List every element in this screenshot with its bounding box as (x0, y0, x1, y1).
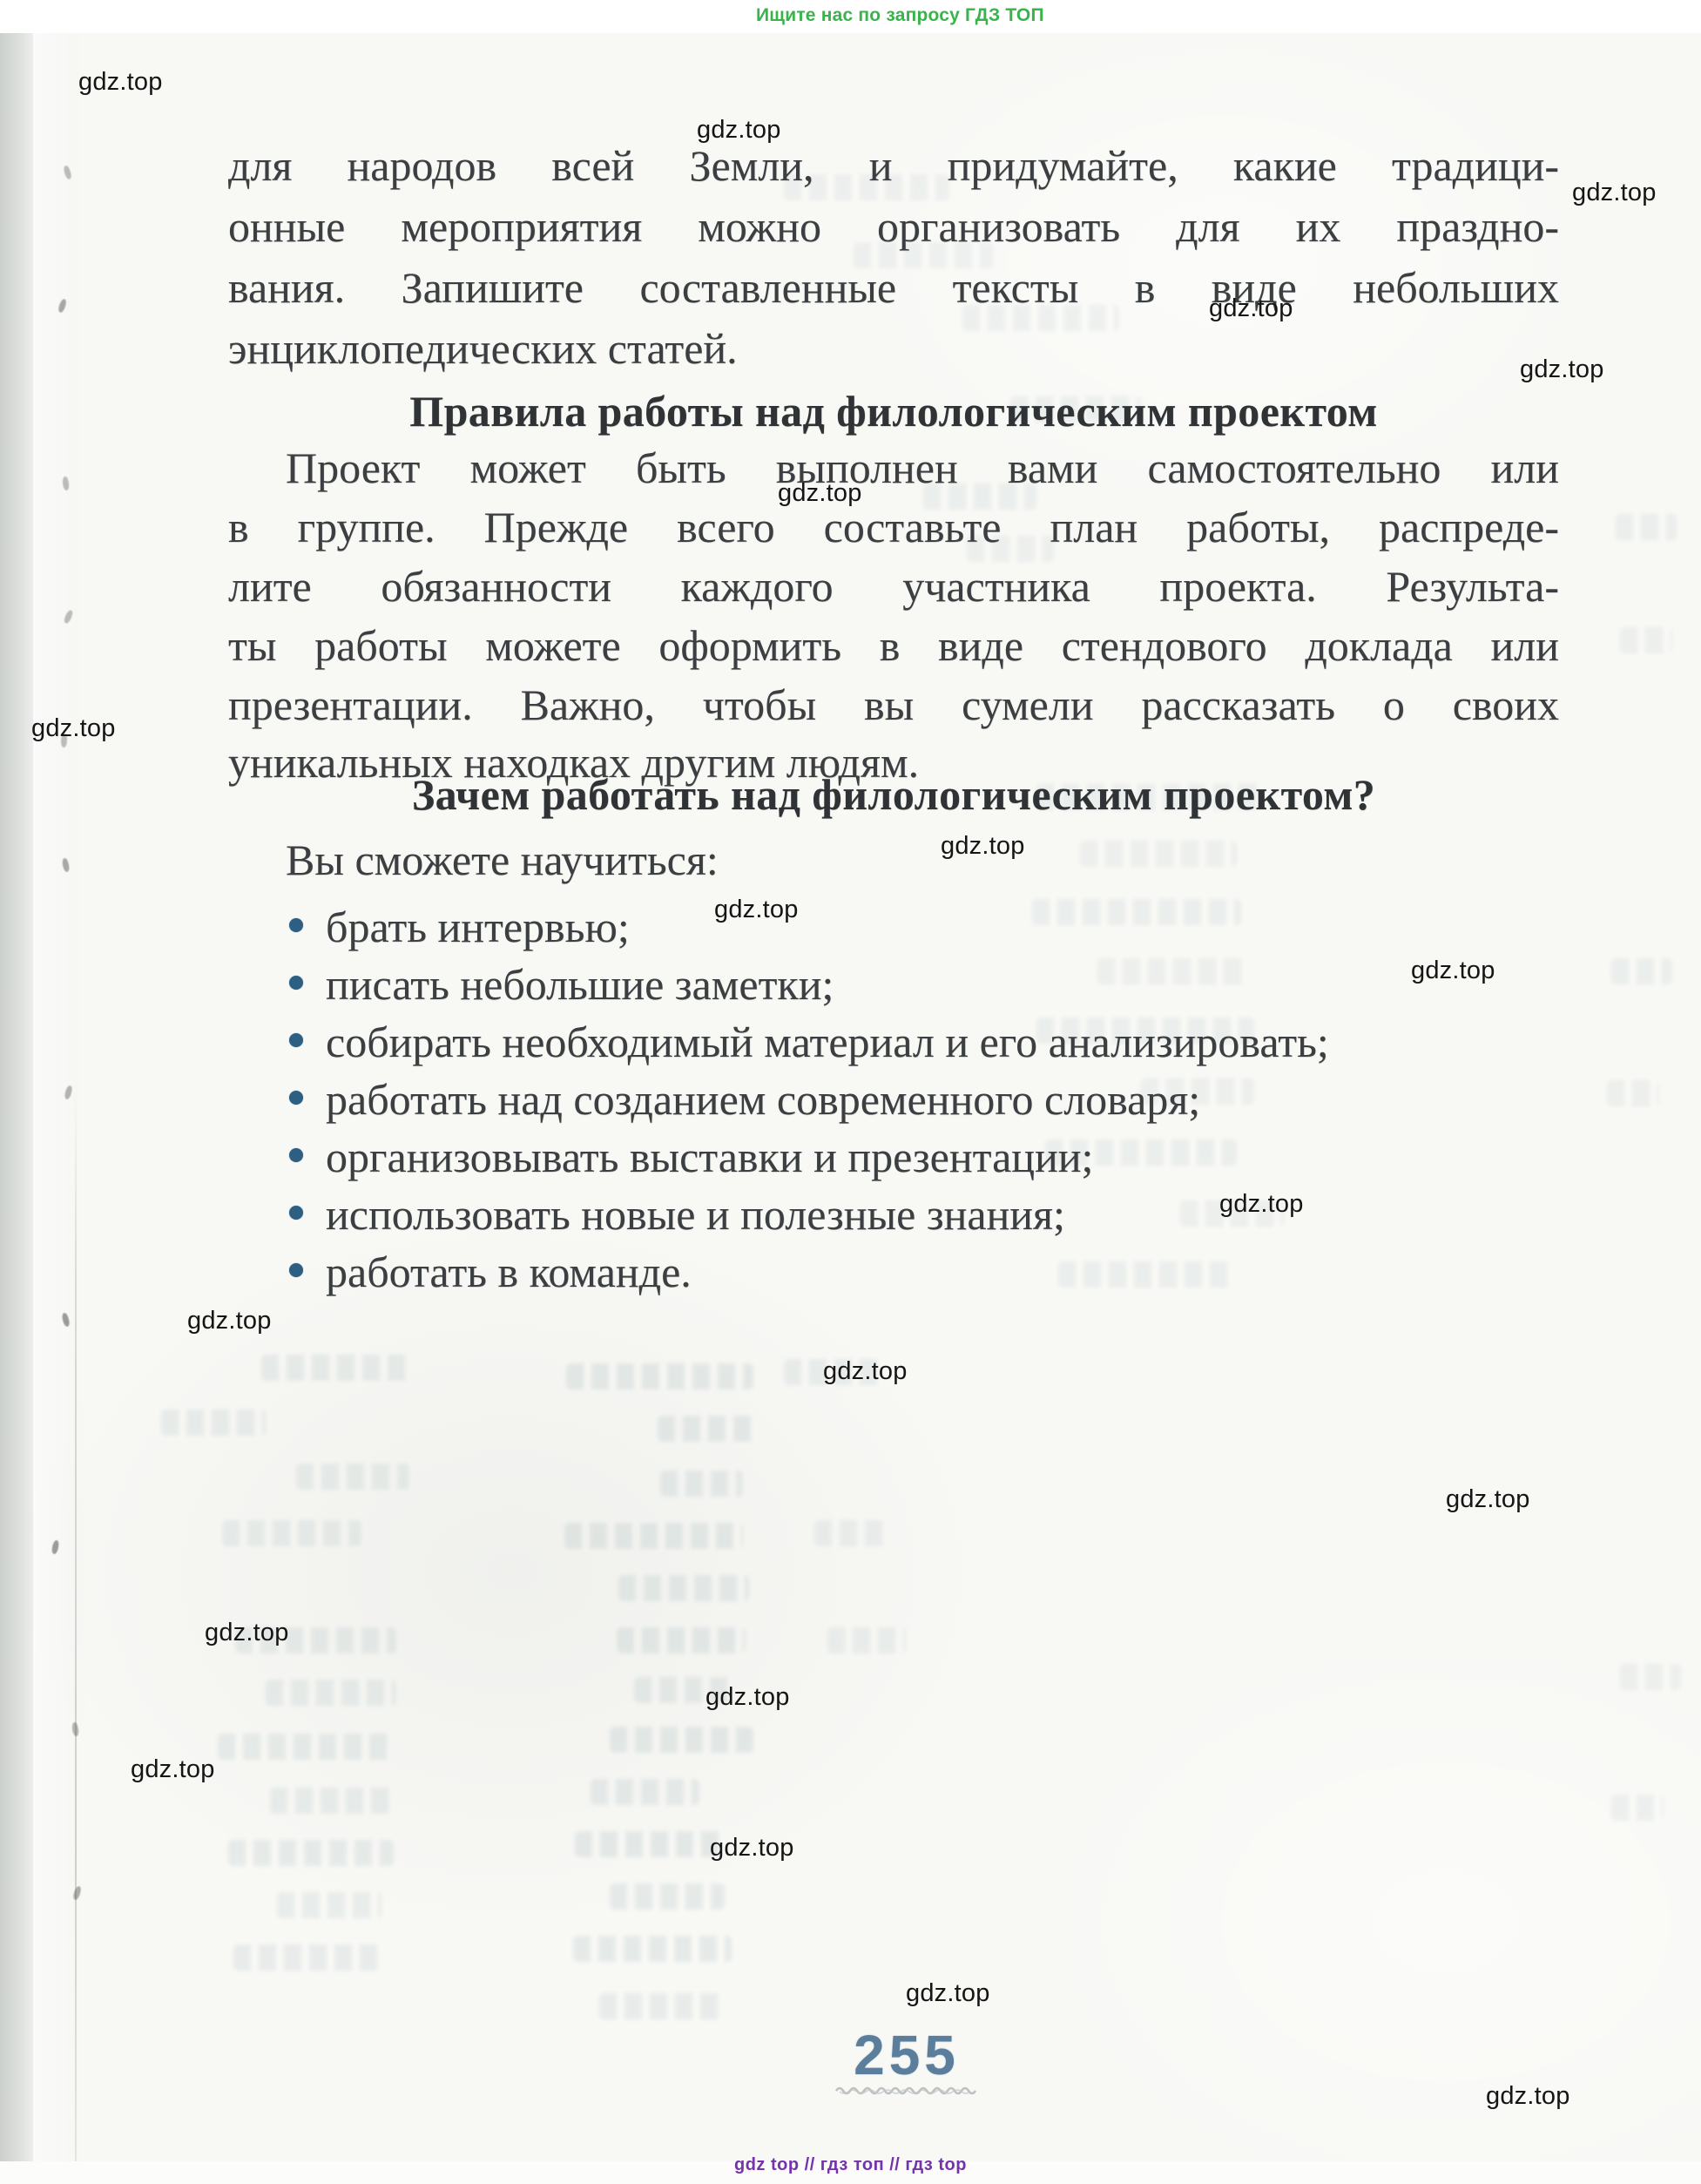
paragraph-line: Проект может быть выполнен вами самостоя… (228, 442, 1559, 496)
paragraph-line: лите обязанности каждого участника проек… (228, 560, 1559, 614)
section-heading-why: Зачем работать над филологическим проект… (228, 768, 1559, 822)
gdz-watermark: gdz.top (823, 1357, 908, 1386)
gdz-watermark: gdz.top (778, 479, 862, 508)
paragraph-line: энциклопедических статей. (228, 322, 1559, 376)
gdz-watermark: gdz.top (705, 1683, 790, 1712)
section-heading-rules: Правила работы над филологическим проект… (228, 385, 1559, 439)
bullet-icon (289, 976, 303, 990)
promo-footer-text: gdz top // гдз топ // гдз top (0, 2155, 1701, 2175)
bullet-icon (289, 1091, 303, 1105)
gdz-watermark: gdz.top (205, 1619, 289, 1647)
gdz-watermark: gdz.top (78, 68, 163, 97)
gdz-watermark: gdz.top (1411, 957, 1495, 985)
scanned-page: Ищите нас по запросу ГДЗ ТОП для народов… (0, 0, 1701, 2184)
gdz-watermark: gdz.top (131, 1755, 215, 1784)
paragraph-line: для народов всей Земли, и придумайте, ка… (228, 139, 1559, 193)
gdz-watermark: gdz.top (31, 714, 116, 743)
bullet-icon (289, 1148, 303, 1162)
bullet-icon (289, 918, 303, 932)
list-item: организовывать выставки и презентации; (228, 1131, 1559, 1185)
list-intro-line: Вы сможете научиться: (228, 834, 1559, 888)
list-item-label: организовывать выставки и презентации; (326, 1133, 1093, 1181)
gdz-watermark: gdz.top (941, 832, 1025, 861)
list-item-label: собирать необходимый материал и его анал… (326, 1018, 1329, 1066)
paragraph-line: вания. Запишите составленные тексты в ви… (228, 261, 1559, 315)
bullet-icon (289, 1033, 303, 1047)
decorative-squiggle (834, 2084, 982, 2096)
paragraph-line: онные мероприятия можно организовать для… (228, 200, 1559, 254)
list-item-label: писать небольшие заметки; (326, 960, 834, 1009)
page-text-column: для народов всей Земли, и придумайте, ка… (0, 0, 1701, 2184)
gdz-watermark: gdz.top (1446, 1485, 1530, 1514)
list-item: работать в команде. (228, 1246, 1559, 1300)
gdz-watermark: gdz.top (710, 1834, 794, 1863)
gdz-watermark: gdz.top (1572, 179, 1657, 207)
gdz-watermark: gdz.top (697, 116, 781, 145)
list-item: собирать необходимый материал и его анал… (228, 1016, 1559, 1070)
list-item-label: работать над созданием современного слов… (326, 1075, 1200, 1124)
list-item: работать над созданием современного слов… (228, 1073, 1559, 1127)
paragraph-line: ты работы можете оформить в виде стендов… (228, 619, 1559, 673)
list-item: брать интервью; (228, 901, 1559, 955)
gdz-watermark: gdz.top (1209, 294, 1293, 323)
list-item: использовать новые и полезные знания; (228, 1188, 1559, 1242)
bullet-icon (289, 1263, 303, 1277)
list-item-label: использовать новые и полезные знания; (326, 1190, 1065, 1239)
paragraph-line: презентации. Важно, чтобы вы сумели расс… (228, 679, 1559, 733)
page-number: 255 (830, 2023, 983, 2087)
gdz-watermark: gdz.top (1520, 355, 1604, 384)
gdz-watermark: gdz.top (1219, 1190, 1304, 1219)
list-item-label: работать в команде. (326, 1248, 692, 1296)
bullet-icon (289, 1206, 303, 1220)
list-item-label: брать интервью; (326, 903, 630, 951)
paragraph-line: в группе. Прежде всего составьте план ра… (228, 501, 1559, 555)
gdz-watermark: gdz.top (187, 1307, 272, 1335)
gdz-watermark: gdz.top (906, 1979, 990, 2008)
gdz-watermark: gdz.top (714, 896, 799, 924)
gdz-watermark: gdz.top (1486, 2082, 1570, 2111)
list-item: писать небольшие заметки; (228, 958, 1559, 1012)
